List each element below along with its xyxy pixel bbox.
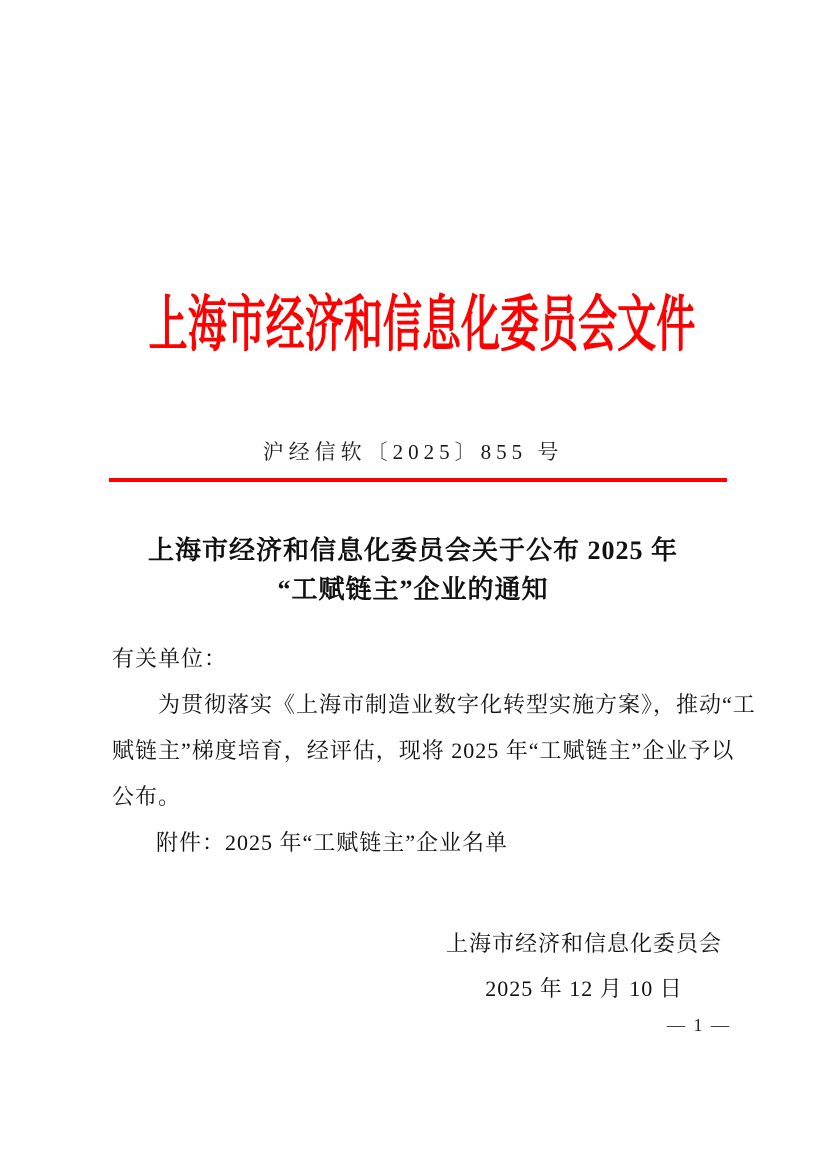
body-text-line: 有关单位： (112, 636, 728, 682)
signature-date: 2025 年 12 月 10 日 (446, 966, 722, 1011)
document-body: 有关单位： 为贯彻落实《上海市制造业数字化转型实施方案》，推动“工赋链主”梯度培… (112, 636, 728, 820)
signature-block: 上海市经济和信息化委员会 2025 年 12 月 10 日 (446, 921, 722, 1011)
body-text-line: 为贯彻落实《上海市制造业数字化转型实施方案》，推动“工 (112, 682, 728, 728)
body-text-line: 赋链主”梯度培育，经评估，现将 2025 年“工赋链主”企业予以 (112, 728, 728, 774)
document-subject-title: 上海市经济和信息化委员会关于公布 2025 年 “工赋链主”企业的通知 (0, 531, 826, 609)
document-page: 上海市经济和信息化委员会文件 沪经信软〔2025〕855 号 上海市经济和信息化… (0, 0, 826, 1169)
document-reference-number: 沪经信软〔2025〕855 号 (0, 437, 826, 467)
attachment-reference-line: 附件：2025 年“工赋链主”企业名单 (156, 820, 508, 866)
body-text-line: 公布。 (112, 774, 728, 820)
red-separator-rule (109, 478, 727, 482)
signature-organization: 上海市经济和信息化委员会 (446, 921, 722, 966)
subject-line-1: 上海市经济和信息化委员会关于公布 2025 年 (0, 531, 826, 570)
subject-line-2: “工赋链主”企业的通知 (0, 570, 826, 609)
red-letterhead-title: 上海市经济和信息化委员会文件 (149, 290, 678, 362)
page-number: — 1 — (667, 1013, 731, 1037)
